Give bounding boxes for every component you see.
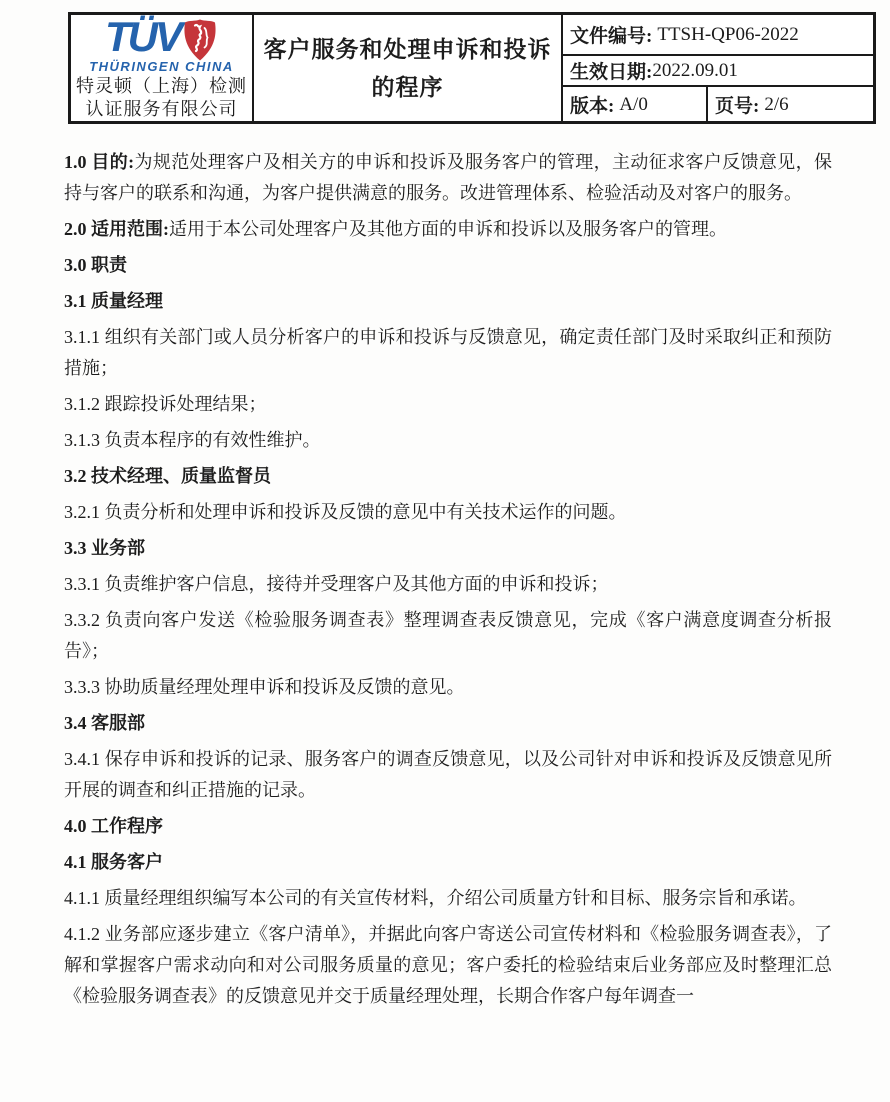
document-header-table: TÜV THÜRINGEN CHINA 特灵顿（上海）检测 认证服务有限公司 客… [68,12,876,124]
paragraph-text: 3.3.2 负责向客户发送《检验服务调查表》整理调查表反馈意见，完成《客户满意度… [64,610,832,661]
paragraph: 4.1.1 质量经理组织编写本公司的有关宣传材料，介绍公司质量方针和目标、服务宗… [64,883,832,914]
document-body: 1.0 目的:为规范处理客户及相关方的申诉和投诉及服务客户的管理，主动征求客户反… [64,147,832,1017]
version-label: 版本: [570,91,614,118]
doc-number-value: TTSH-QP06-2022 [657,24,798,46]
paragraph-text: 3.1.3 负责本程序的有效性维护。 [64,430,321,450]
paragraph: 3.4.1 保存申诉和投诉的记录、服务客户的调查反馈意见，以及公司针对申诉和投诉… [64,744,832,806]
paragraph: 2.0 适用范围:适用于本公司处理客户及其他方面的申诉和投诉以及服务客户的管理。 [64,214,832,245]
paragraph: 3.3.1 负责维护客户信息，接待并受理客户及其他方面的申诉和投诉； [64,569,832,600]
effective-date-cell: 生效日期: 2022.09.01 [563,56,873,87]
document-title: 客户服务和处理申诉和投诉 的程序 [254,15,563,122]
paragraph-heading: 3.0 职责 [64,255,127,275]
paragraph-heading: 4.1 服务客户 [64,852,163,872]
company-name-line2: 认证服务有限公司 [86,98,238,120]
page-number-cell: 页号: 2/6 [708,87,873,122]
header-meta-column: 文件编号: TTSH-QP06-2022 生效日期: 2022.09.01 版本… [563,15,873,122]
paragraph-heading: 3.4 客服部 [64,713,145,733]
paragraph: 3.3.2 负责向客户发送《检验服务调查表》整理调查表反馈意见，完成《客户满意度… [64,605,832,667]
paragraph: 3.0 职责 [64,250,832,281]
page-number-value: 2/6 [764,94,788,116]
version-cell: 版本: A/0 [563,87,708,122]
paragraph-text: 4.1.1 质量经理组织编写本公司的有关宣传材料，介绍公司质量方针和目标、服务宗… [64,888,807,908]
company-name-line1: 特灵顿（上海）检测 [76,75,247,97]
paragraph-text: 4.1.2 业务部应逐步建立《客户清单》，并据此向客户寄送公司宣传材料和《检验服… [64,924,832,1006]
paragraph-text: 3.3.3 协助质量经理处理申诉和投诉及反馈的意见。 [64,677,465,697]
paragraph: 3.1.2 跟踪投诉处理结果； [64,389,832,420]
paragraph-text: 3.2.1 负责分析和处理申诉和投诉及反馈的意见中有关技术运作的问题。 [64,502,627,522]
paragraph: 3.1 质量经理 [64,286,832,317]
paragraph: 4.0 工作程序 [64,811,832,842]
paragraph-text: 3.4.1 保存申诉和投诉的记录、服务客户的调查反馈意见，以及公司针对申诉和投诉… [64,749,832,800]
paragraph: 3.3.3 协助质量经理处理申诉和投诉及反馈的意见。 [64,672,832,703]
page-number-label: 页号: [715,91,759,118]
paragraph-heading: 1.0 目的: [64,152,134,172]
thuringia-lion-crest-icon [182,18,218,62]
version-page-row: 版本: A/0 页号: 2/6 [563,87,873,122]
document-title-line1: 客户服务和处理申诉和投诉 [264,31,552,69]
paragraph: 4.1 服务客户 [64,847,832,878]
paragraph-heading: 3.2 技术经理、质量监督员 [64,466,271,486]
tuv-logotype: TÜV [105,17,180,57]
paragraph: 3.2.1 负责分析和处理申诉和投诉及反馈的意见中有关技术运作的问题。 [64,497,832,528]
paragraph-text: 3.1.2 跟踪投诉处理结果； [64,394,267,414]
effective-date-value: 2022.09.01 [652,60,738,82]
document-title-line2: 的程序 [372,69,444,107]
document-page: TÜV THÜRINGEN CHINA 特灵顿（上海）检测 认证服务有限公司 客… [0,0,890,1102]
paragraph-text: 3.3.1 负责维护客户信息，接待并受理客户及其他方面的申诉和投诉； [64,574,609,594]
doc-number-label: 文件编号: [570,21,652,48]
paragraph: 3.4 客服部 [64,708,832,739]
paragraph-heading: 3.1 质量经理 [64,291,163,311]
effective-date-label: 生效日期: [570,57,652,84]
paragraph: 3.3 业务部 [64,533,832,564]
paragraph-heading: 4.0 工作程序 [64,816,163,836]
paragraph-text: 3.1.1 组织有关部门或人员分析客户的申诉和投诉与反馈意见，确定责任部门及时采… [64,327,832,378]
paragraph-heading: 3.3 业务部 [64,538,145,558]
paragraph-text: 适用于本公司处理客户及其他方面的申诉和投诉以及服务客户的管理。 [169,219,727,239]
paragraph-text: 为规范处理客户及相关方的申诉和投诉及服务客户的管理，主动征求客户反馈意见，保持与… [64,152,832,203]
version-value: A/0 [619,94,648,116]
logo-subbrand-label: THÜRINGEN CHINA [89,59,234,74]
paragraph: 4.1.2 业务部应逐步建立《客户清单》，并据此向客户寄送公司宣传材料和《检验服… [64,919,832,1012]
logo-brand-row: TÜV [105,17,218,61]
company-logo: TÜV THÜRINGEN CHINA 特灵顿（上海）检测 认证服务有限公司 [71,15,254,122]
paragraph-heading: 2.0 适用范围: [64,219,169,239]
paragraph: 3.2 技术经理、质量监督员 [64,461,832,492]
paragraph: 3.1.3 负责本程序的有效性维护。 [64,425,832,456]
doc-number-cell: 文件编号: TTSH-QP06-2022 [563,15,873,56]
paragraph: 3.1.1 组织有关部门或人员分析客户的申诉和投诉与反馈意见，确定责任部门及时采… [64,322,832,384]
paragraph: 1.0 目的:为规范处理客户及相关方的申诉和投诉及服务客户的管理，主动征求客户反… [64,147,832,209]
